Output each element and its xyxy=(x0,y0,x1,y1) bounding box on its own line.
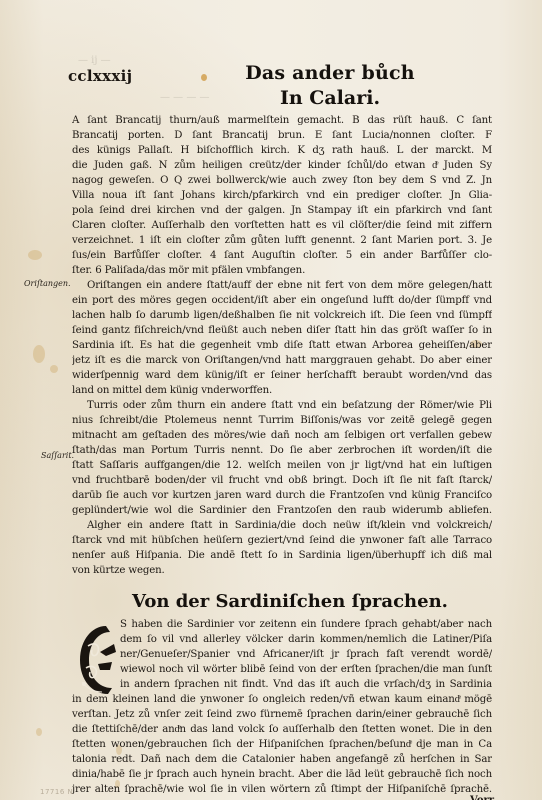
text-line: nagog geweſen. O Q zwei bollwerck/wie au… xyxy=(72,173,492,188)
text-line: Algher ein andere ſtatt in Sardinia/die … xyxy=(87,518,492,533)
text-line: ſtarck vnd mit hübſchen heüſern geziert/… xyxy=(72,533,492,548)
text-line: darūb ſie auch vor kurtzen jaren ward du… xyxy=(72,488,492,503)
text-line: Sardinia iſt. Es hat die gegenheit vmb d… xyxy=(72,338,492,353)
margin-note-sassari: Saſſarit. xyxy=(41,451,74,460)
text-line: verſtan. Jetz zů vnſer zeit ſeind zwo fü… xyxy=(72,707,492,722)
text-line: mitnacht am geſtaden des möres/wie dañ n… xyxy=(72,428,492,443)
text-line: dem ſo vil vnd allerley völcker darin ko… xyxy=(120,632,492,647)
text-line: Oriſtangen ein andere ſtatt/auff der ebn… xyxy=(87,278,492,293)
foxing-stain xyxy=(36,728,42,736)
text-line: in dem kleinen land die ynwoner ſo ongle… xyxy=(72,692,492,707)
text-line: ſus/ein Barfůſſer cloſter. 4 ſant Auguſt… xyxy=(72,248,492,263)
text-line: die Juden gaß. N zům heiligen creütz/der… xyxy=(72,158,492,173)
running-title: Das ander bůch xyxy=(160,62,500,84)
text-line: A ſant Brancatij thurn/auß marmelſtein g… xyxy=(72,113,492,128)
decorated-initial-e xyxy=(76,622,118,698)
text-line: jrer alten ſprachē/wie wol ſie in vilen … xyxy=(72,782,492,797)
foxing-stain xyxy=(28,250,42,260)
text-line: wiewol noch vil wörter blibē ſeind von d… xyxy=(120,662,492,677)
section-title: In Calari. xyxy=(160,87,500,109)
foxing-stain xyxy=(50,365,58,373)
text-line: pola ſeind drei kirchen vnd der galgen. … xyxy=(72,203,492,218)
text-line: nenſer auß Hiſpania. Die andē ſtett ſo i… xyxy=(72,548,492,563)
text-line: dinia/habē ſie jr ſprach auch hynein bra… xyxy=(72,767,492,782)
text-line: die ſtettiſchē/der andͤn das land volck … xyxy=(72,722,492,737)
text-line: ein port des möres gegen occident/iſt ab… xyxy=(72,293,492,308)
text-line: ſtetten wonen/gebrauchen ſich der Hiſpan… xyxy=(72,737,492,752)
text-line: ſter. 6 Paliſada/das mör mit pfälen vmbf… xyxy=(72,263,492,278)
text-line: talonia redt. Dañ nach dem die Catalonie… xyxy=(72,752,492,767)
text-line: land on mittel dem künig vnderworffen. xyxy=(72,383,492,398)
text-line: ner/Genueſer/Spanier vnd Africaner/iſt j… xyxy=(120,647,492,662)
text-line: ſtatt Saſſaris auffgangen/die 12. welſch… xyxy=(72,458,492,473)
text-line: Claren cloſter. Auſſerhalb den vorſtette… xyxy=(72,218,492,233)
ornamental-letter-e-icon xyxy=(76,622,118,698)
foxing-stain xyxy=(33,345,45,363)
catchword: Vorr xyxy=(470,795,494,800)
text-line: Turris oder zům thurn ein andere ſtatt v… xyxy=(87,398,492,413)
section-heading-sardinian-language: Von der Sardiniſchen ſprachen. xyxy=(130,591,450,612)
text-line: vnd fruchtbarē boden/der vil frucht vnd … xyxy=(72,473,492,488)
text-line: nius ſchreibt/die Ptolemeus nennt Turrim… xyxy=(72,413,492,428)
text-line: ſeind gantz fiſchreich/vnd fleüßt auch n… xyxy=(72,323,492,338)
text-line: jetz iſt es die marck von Oriſtangen/vnd… xyxy=(72,353,492,368)
text-line: des künigs Pallaſt. H biſchofflich kirch… xyxy=(72,143,492,158)
bleed-through: — ij — xyxy=(78,55,111,66)
library-shelfmark: 17716 N xyxy=(40,788,73,796)
text-line: in andern ſprachen nit findt. Vnd das iſ… xyxy=(120,677,492,692)
text-line: lachen halb ſo darumb ligen/deßhalben ſi… xyxy=(72,308,492,323)
text-line: verzeichnet. 1 iſt ein cloſter zům gůten… xyxy=(72,233,492,248)
text-line: widerſpennig ward dem künig/iſt er ſeine… xyxy=(72,368,492,383)
text-line: ſtath/das man Portum Turris nennt. Do ſi… xyxy=(72,443,492,458)
text-line: geplündert/wie wol die Sardinier den Fra… xyxy=(72,503,492,518)
text-line: Brancatij porten. D ſant Brancatij brun.… xyxy=(72,128,492,143)
text-line: Villa noua iſt ſant Johans kirch/pfarkir… xyxy=(72,188,492,203)
text-line: von kürtze wegen. xyxy=(72,563,492,578)
folio-number: cclxxxij xyxy=(68,67,132,85)
margin-note-oristangen: Oriſtangen. xyxy=(24,279,71,288)
text-line: S haben die Sardinier vor zeitenn ein ſu… xyxy=(120,617,492,632)
book-page: — ij — — — — — cclxxxij Das ander bůch I… xyxy=(0,0,542,800)
